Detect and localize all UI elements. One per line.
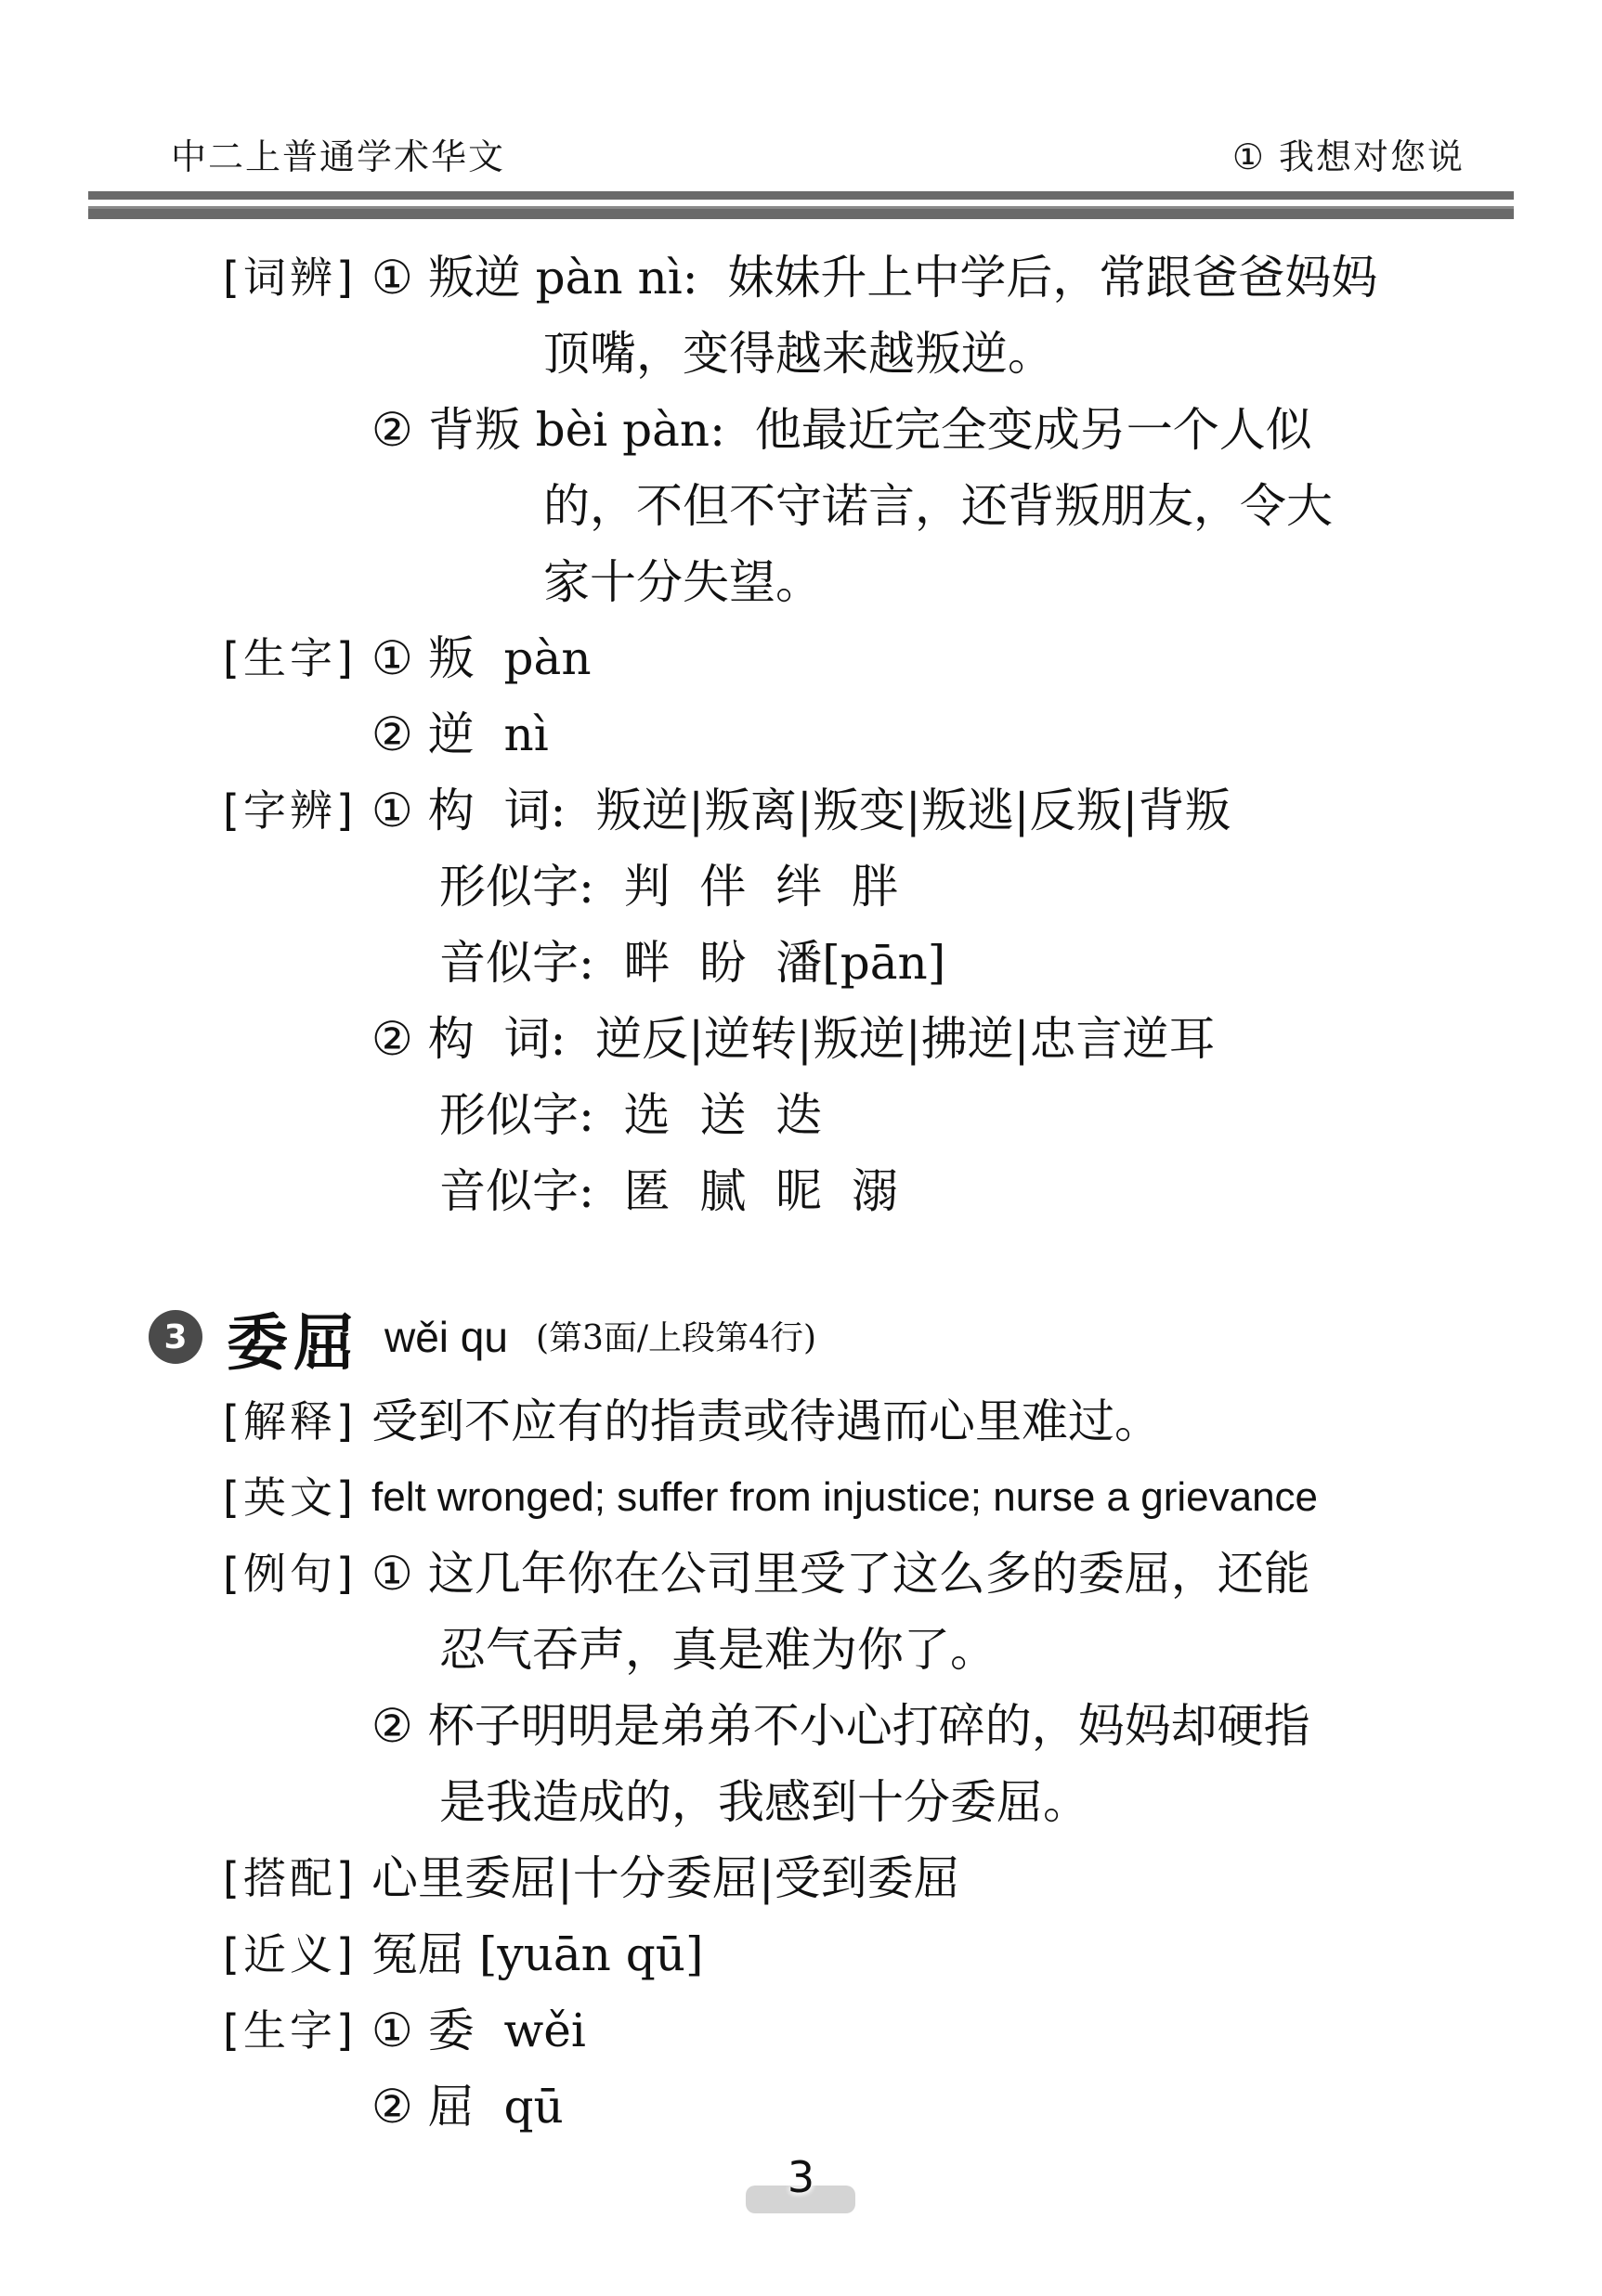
page-body: [词辨] ① 叛逆 pàn nì: 妹妹升上中学后，常跟爸爸妈妈 顶嘴，变得越来…: [0, 240, 1602, 2145]
entry-pinyin: wěi qu: [384, 1312, 508, 1362]
field-label: [字辨]: [223, 772, 357, 849]
header-rule-top: [88, 191, 1514, 200]
line-text: 家十分失望。: [0, 544, 1602, 620]
text-line: 是我造成的，我感到十分委屈。: [0, 1764, 1602, 1840]
field-label: [生字]: [223, 1992, 357, 2069]
line-text: ② 构 词: 逆反|逆转|叛逆|拂逆|忠言逆耳: [0, 1001, 1602, 1077]
text-line: ② 逆 nì: [0, 696, 1602, 772]
text-line: 形似字: 选 送 迭: [0, 1077, 1602, 1153]
line-text: 顶嘴，变得越来越叛逆。: [0, 316, 1602, 392]
header-book-title: 中二上普通学术华文: [171, 128, 505, 179]
line-text: ② 杯子明明是弟弟不小心打碎的，妈妈却硬指: [0, 1688, 1602, 1764]
text-line: 的，不但不守诺言，还背叛朋友，令大: [0, 468, 1602, 544]
text-line: [字辨] ① 构 词: 叛逆|叛离|叛变|叛逃|反叛|背叛: [0, 772, 1602, 849]
text-line: 音似字: 畔 盼 潘[pān]: [0, 925, 1602, 1001]
text-line: 形似字: 判 伴 绊 胖: [0, 849, 1602, 925]
text-line: ② 背叛 bèi pàn: 他最近完全变成另一个人似: [0, 392, 1602, 468]
line-text: 音似字: 畔 盼 潘[pān]: [0, 925, 1602, 1001]
line-text: 忍气吞声，真是难为你了。: [0, 1612, 1602, 1688]
text-line: [英文] felt wronged; suffer from injustice…: [0, 1459, 1602, 1536]
text-line: [词辨] ① 叛逆 pàn nì: 妹妹升上中学后，常跟爸爸妈妈: [0, 240, 1602, 316]
text-line: [解释] 受到不应有的指责或待遇而心里难过。: [0, 1383, 1602, 1459]
text-line: [搭配] 心里委屈|十分委屈|受到委屈: [0, 1840, 1602, 1916]
text-line: [生字] ① 委 wěi: [0, 1992, 1602, 2069]
field-label: [词辨]: [223, 240, 357, 316]
line-text: 形似字: 选 送 迭: [0, 1077, 1602, 1153]
text-line: ② 屈 qū: [0, 2069, 1602, 2145]
text-line: 忍气吞声，真是难为你了。: [0, 1612, 1602, 1688]
line-text: 的，不但不守诺言，还背叛朋友，令大: [0, 468, 1602, 544]
text-line: ② 构 词: 逆反|逆转|叛逆|拂逆|忠言逆耳: [0, 1001, 1602, 1077]
entry-heading: 3 委屈 wěi qu (第3面/上段第4行): [0, 1291, 1602, 1383]
page-footer: 3: [0, 2152, 1602, 2226]
page-number: 3: [0, 2152, 1602, 2202]
entry-number-badge: 3: [149, 1310, 202, 1364]
line-text: 是我造成的，我感到十分委屈。: [0, 1764, 1602, 1840]
page-header: 中二上普通学术华文 ① 我想对您说: [0, 128, 1602, 171]
text-line: 顶嘴，变得越来越叛逆。: [0, 316, 1602, 392]
entry-source-ref: (第3面/上段第4行): [536, 1312, 816, 1359]
header-lesson-title: ① 我想对您说: [1232, 128, 1465, 179]
field-label: [解释]: [223, 1383, 357, 1459]
header-rule-bottom: [88, 206, 1514, 219]
field-label: [生字]: [223, 620, 357, 696]
line-text: 形似字: 判 伴 绊 胖: [0, 849, 1602, 925]
field-label: [搭配]: [223, 1840, 357, 1916]
field-label: [英文]: [223, 1459, 357, 1536]
textbook-page: 中二上普通学术华文 ① 我想对您说 [词辨] ① 叛逆 pàn nì: 妹妹升上…: [0, 0, 1602, 2296]
field-label: [例句]: [223, 1536, 357, 1612]
line-text: ② 屈 qū: [0, 2069, 1602, 2145]
line-text: 音似字: 匿 腻 昵 溺: [0, 1153, 1602, 1229]
field-label: [近义]: [223, 1916, 357, 1992]
text-line: ② 杯子明明是弟弟不小心打碎的，妈妈却硬指: [0, 1688, 1602, 1764]
text-line: [例句] ① 这几年你在公司里受了这么多的委屈，还能: [0, 1536, 1602, 1612]
text-line: [近义] 冤屈 [yuān qū]: [0, 1916, 1602, 1992]
text-line: [生字] ① 叛 pàn: [0, 620, 1602, 696]
text-line: 家十分失望。: [0, 544, 1602, 620]
entry-word: 委屈: [227, 1293, 360, 1381]
line-text: ② 逆 nì: [0, 696, 1602, 772]
line-text: ② 背叛 bèi pàn: 他最近完全变成另一个人似: [0, 392, 1602, 468]
text-line: 音似字: 匿 腻 昵 溺: [0, 1153, 1602, 1229]
